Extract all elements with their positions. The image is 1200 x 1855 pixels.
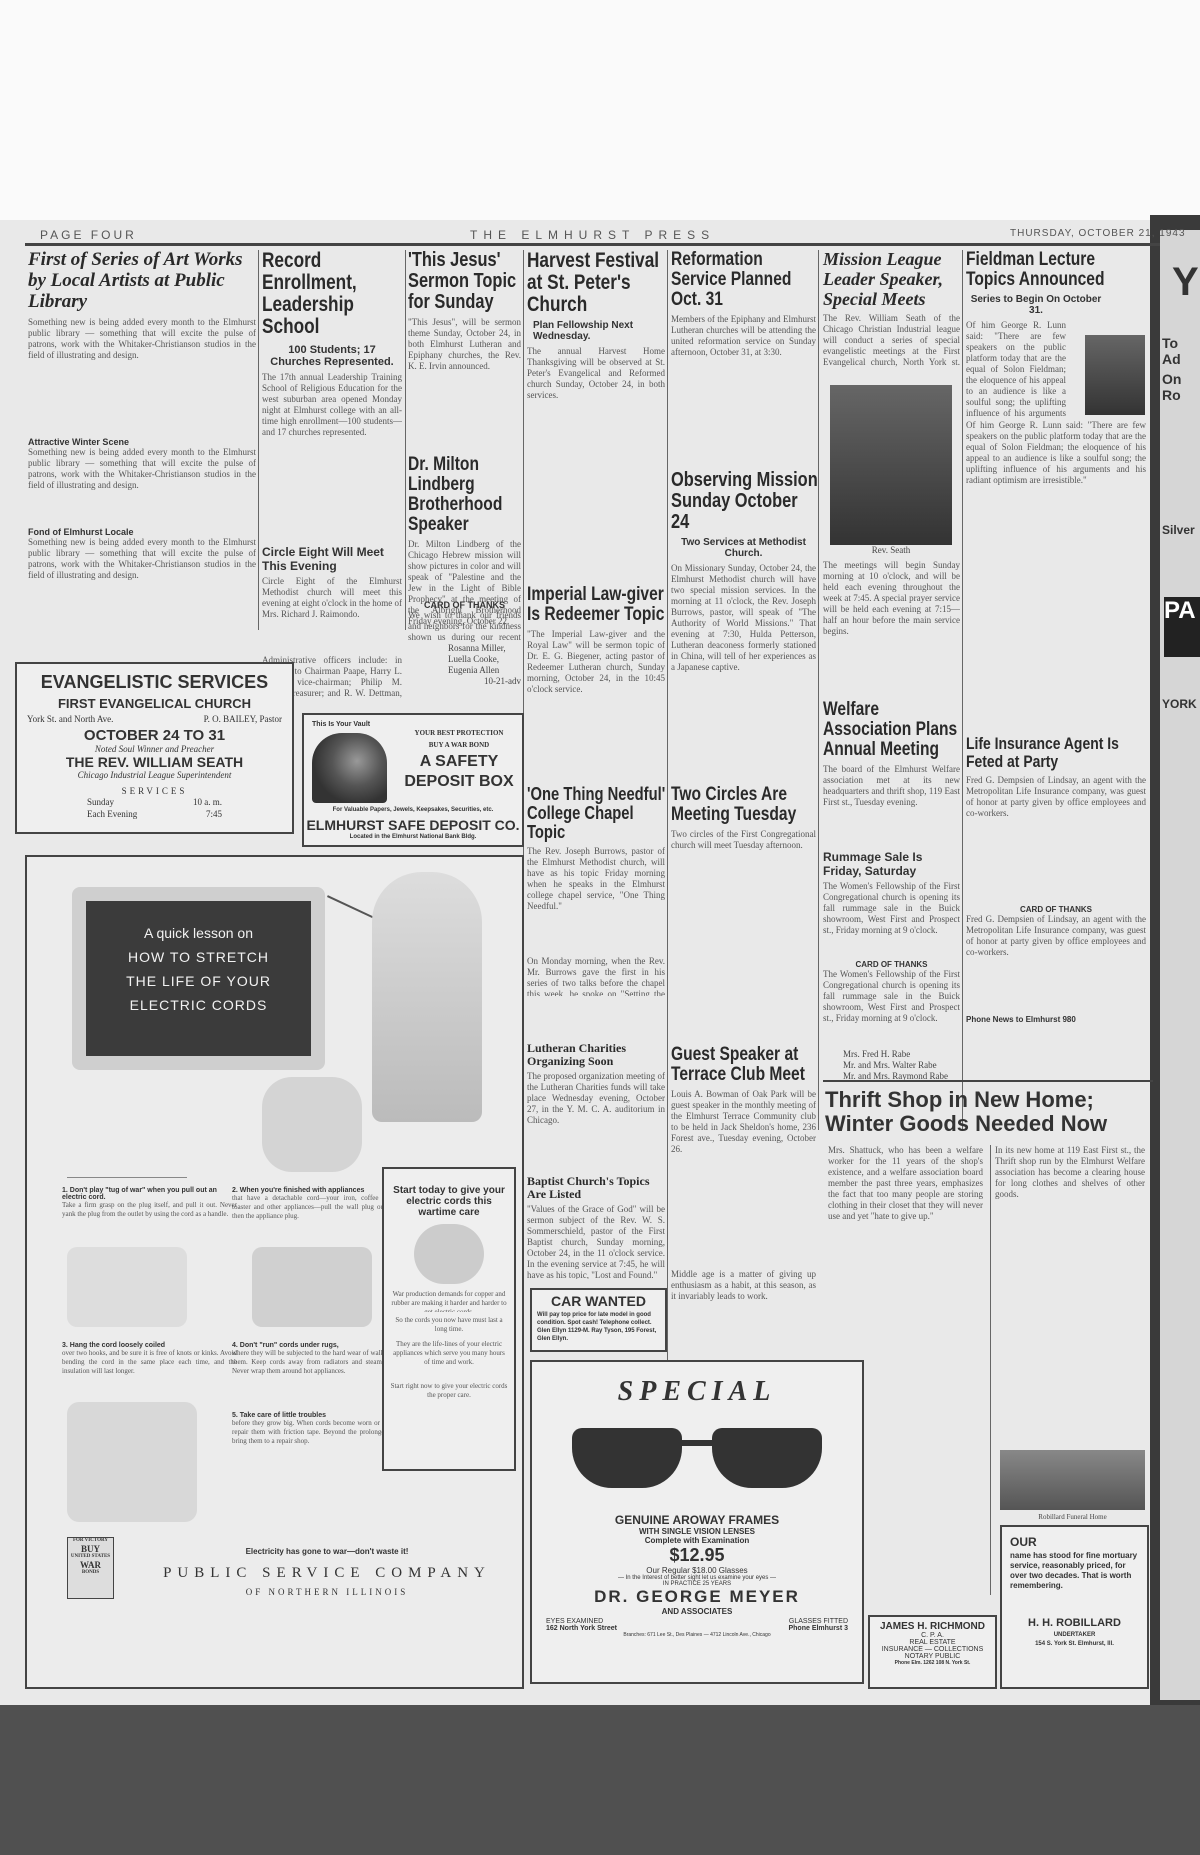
ad-richmond: JAMES H. RICHMOND C. P. A. REAL ESTATE I… — [868, 1615, 997, 1689]
headline: Life Insurance Agent Is Feted at Party — [966, 735, 1146, 771]
tip-title: 2. When you're finished with appliances — [232, 1187, 402, 1194]
article-rummage: Rummage Sale Is Friday, Saturday The Wom… — [823, 850, 960, 961]
regular-price: Our Regular $18.00 Glasses — [532, 1566, 862, 1575]
headline: Harvest Festival at St. Peter's Church — [527, 250, 666, 316]
article-body: The Rev. Joseph Burrows, pastor of the E… — [527, 846, 665, 956]
company-name: ELMHURST SAFE DEPOSIT CO. — [304, 817, 522, 833]
ad-text: name has stood for fine mortuary service… — [1010, 1551, 1139, 1591]
ad-address: 154 S. York St. Elmhurst, Ill. — [1002, 1641, 1147, 1647]
headline: Record Enrollment, Leadership School — [262, 250, 401, 338]
issue-date: THURSDAY, OCTOBER 21, 1943 — [1010, 228, 1186, 244]
headline: Mission League Leader Speaker, Special M… — [823, 250, 960, 309]
column-divider — [258, 250, 259, 630]
ad-line: GENUINE AROWAY FRAMES — [532, 1513, 862, 1527]
ad-title: C. P. A. — [870, 1632, 995, 1639]
column-divider — [990, 1145, 991, 1595]
ad-headline: DEPOSIT BOX — [399, 773, 519, 791]
ad-line: YOUR BEST PROTECTION — [399, 729, 519, 737]
article-body: The annual Harvest Home Thanksgiving wil… — [527, 346, 665, 546]
article-body: On Monday morning, when the Rev. Mr. Bur… — [527, 956, 665, 996]
column-divider — [818, 250, 819, 1130]
ad-optical-special: SPECIAL GENUINE AROWAY FRAMES WITH SINGL… — [530, 1360, 864, 1684]
headline: 'One Thing Needful' College Chapel Topic — [527, 785, 666, 842]
phone-news-line: Phone News to Elmhurst 980 — [966, 1015, 1146, 1024]
tip4-illustration — [252, 1247, 372, 1327]
associates: AND ASSOCIATES — [532, 1607, 862, 1616]
schedule-time: 10 a. m. — [193, 797, 222, 807]
card-text: Fred G. Dempsien of Lindsay, an agent wi… — [966, 914, 1146, 1009]
chalkboard: A quick lesson on HOW TO STRETCH THE LIF… — [72, 887, 325, 1070]
schedule-time: 7:45 — [206, 809, 222, 819]
ad-electric-cords: A quick lesson on HOW TO STRETCH THE LIF… — [25, 855, 524, 1689]
ad-line: Complete with Examination — [532, 1536, 862, 1545]
tip-title: 1. Don't play "tug of war" when you pull… — [62, 1187, 237, 1201]
speaker-title: Chicago Industrial League Superintendent — [17, 770, 292, 780]
article-body: The Rev. William Seath of the Chicago Ch… — [823, 313, 960, 368]
card-of-thanks: CARD OF THANKS We wish to thank our frie… — [408, 600, 521, 687]
card-title: CARD OF THANKS — [966, 905, 1146, 914]
article-body: Louis A. Bowman of Oak Park will be gues… — [671, 1089, 816, 1269]
article-body: The proposed organization meeting of the… — [527, 1071, 665, 1176]
ad-name: H. H. ROBILLARD — [1002, 1617, 1147, 1629]
headline: Thrift Shop in New Home; Winter Goods Ne… — [825, 1088, 1150, 1136]
subhead: Attractive Winter Scene — [28, 437, 256, 447]
lightbulb-illustration — [414, 1224, 484, 1284]
scan-top-margin — [0, 0, 1200, 220]
signer: Rosanna Miller, — [408, 643, 521, 654]
adjacent-page-fragment: To Ad — [1162, 335, 1200, 367]
article-harvest-festival: Harvest Festival at St. Peter's Church P… — [527, 250, 665, 546]
article-body: The Women's Fellowship of the First Cong… — [823, 881, 960, 961]
article-body: "This Jesus", will be sermon theme Sunda… — [408, 317, 521, 452]
ad-line: INSURANCE — COLLECTIONS — [870, 1646, 995, 1653]
ad-line: BUY A WAR BOND — [399, 741, 519, 749]
article-art-works: First of Series of Art Works by Local Ar… — [28, 250, 256, 597]
ad-role: UNDERTAKER — [1002, 1632, 1147, 1638]
article-life-insurance: Life Insurance Agent Is Feted at Party F… — [966, 735, 1146, 1024]
article-body: The 17th annual Leadership Training Scho… — [262, 372, 402, 552]
article-baptist: Baptist Church's Topics Are Listed "Valu… — [527, 1175, 665, 1279]
photo-robillard-home — [1000, 1450, 1145, 1510]
ad-ref: 10-21-adv — [408, 676, 521, 687]
teacher-illustration — [372, 872, 482, 1122]
headline: Dr. Milton Lindberg Brotherhood Speaker — [408, 455, 523, 535]
article-one-thing-needful: 'One Thing Needful' College Chapel Topic… — [527, 785, 665, 996]
ad-car-wanted: CAR WANTED Will pay top price for late m… — [530, 1288, 667, 1352]
signer: Mrs. Fred H. Rabe — [823, 1049, 960, 1060]
doctor-name: DR. GEORGE MEYER — [532, 1587, 862, 1607]
article-body: Something new is being added every month… — [28, 447, 256, 527]
ad-safe-deposit: This Is Your Vault YOUR BEST PROTECTION … — [302, 713, 524, 847]
article-body: The board of the Elmhurst Welfare associ… — [823, 764, 960, 864]
photo-solon-fieldman — [1085, 335, 1145, 415]
masthead-rule — [25, 243, 1160, 246]
card-text: The Women's Fellowship of the First Cong… — [823, 969, 960, 1049]
scan-bottom-margin — [0, 1705, 1200, 1855]
tip2-illustration — [262, 1077, 362, 1172]
signer: Mr. and Mrs. Walter Rabe — [823, 1060, 960, 1071]
signer: Eugenia Allen — [408, 665, 521, 676]
article-observing-mission: Observing Mission Sunday October 24 Two … — [671, 470, 816, 798]
sidebar-text: Start right now to give your electric co… — [390, 1382, 508, 1404]
headline: Lutheran Charities Organizing Soon — [527, 1042, 665, 1068]
article-body: Something new is being added every month… — [28, 537, 256, 597]
article-body: "Values of the Grace of God" will be ser… — [527, 1204, 665, 1279]
sidebar-box: Start today to give your electric cords … — [382, 1167, 516, 1471]
pastor: P. O. BAILEY, Pastor — [204, 714, 282, 724]
chalk-line: A quick lesson on — [86, 925, 311, 941]
article-body: Fred G. Dempsien of Lindsay, an agent wi… — [966, 775, 1146, 905]
tip-title: 4. Don't "run" cords under rugs, — [232, 1342, 402, 1349]
card-title: CARD OF THANKS — [408, 600, 521, 610]
tip-text: where they will be subjected to the hard… — [232, 1349, 402, 1389]
sidebar-text: War production demands for copper and ru… — [390, 1290, 508, 1312]
ad-title: SPECIAL — [532, 1376, 862, 1408]
church-address: York St. and North Ave. — [27, 714, 113, 724]
article-body: The meetings will begin Sunday morning a… — [823, 560, 960, 680]
chalk-line: THE LIFE OF YOUR — [86, 973, 311, 989]
headline: Two Circles Are Meeting Tuesday — [671, 785, 819, 825]
article-record-enrollment: Record Enrollment, Leadership School 100… — [262, 250, 402, 552]
ad-heading: OUR — [1010, 1535, 1147, 1549]
article-this-jesus: 'This Jesus' Sermon Topic for Sunday "Th… — [408, 250, 521, 452]
church-name: FIRST EVANGELICAL CHURCH — [17, 696, 292, 711]
article-body: Middle age is a matter of giving up enth… — [671, 1269, 816, 1314]
sidebar-text: So the cords you now have must last a lo… — [390, 1316, 508, 1336]
vault-icon — [312, 733, 387, 803]
signer: Luella Cooke, — [408, 654, 521, 665]
subhead: 100 Students; 17 Churches Represented. — [262, 344, 402, 368]
adjacent-page-edge: Y To Ad On Ro Silver PA YORK — [1160, 230, 1200, 1700]
phone: Phone Elmhurst 3 — [788, 1625, 848, 1632]
company-sub: OF NORTHERN ILLINOIS — [177, 1587, 477, 1597]
tip-title: 3. Hang the cord loosely coiled — [62, 1342, 237, 1349]
article-body: Of him George R. Lunn said: "There are f… — [966, 420, 1146, 720]
headline: First of Series of Art Works by Local Ar… — [28, 250, 256, 313]
article-guest-speaker: Guest Speaker at Terrace Club Meet Louis… — [671, 1045, 816, 1314]
article-body: Of him George R. Lunn said: "There are f… — [966, 320, 1066, 420]
branches: Branches: 671 Lee St., Des Plaines — 471… — [532, 1632, 862, 1638]
article-body: Mrs. Shattuck, who has been a welfare wo… — [828, 1145, 983, 1595]
ad-phone: Phone Elm. 1262 108 N. York St. — [870, 1660, 995, 1666]
speaker: THE REV. WILLIAM SEATH — [17, 754, 292, 770]
headline: Reformation Service Planned Oct. 31 — [671, 250, 819, 310]
subhead: Two Services at Methodist Church. — [671, 537, 816, 559]
card-of-thanks-2: CARD OF THANKS The Women's Fellowship of… — [823, 960, 960, 1082]
ad-title: EVANGELISTIC SERVICES — [17, 672, 292, 693]
headline: Observing Mission Sunday October 24 — [671, 470, 819, 533]
article-welfare: Welfare Association Plans Annual Meeting… — [823, 700, 960, 864]
tip3-illustration — [67, 1247, 187, 1327]
company-name: PUBLIC SERVICE COMPANY — [147, 1565, 507, 1582]
tip5-illustration — [67, 1402, 197, 1522]
ad-slogan: Electricity has gone to war—don't waste … — [177, 1547, 477, 1556]
tagline: Noted Soul Winner and Preacher — [17, 744, 292, 754]
ad-name: JAMES H. RICHMOND — [870, 1621, 995, 1632]
sidebar-text: They are the life-lines of your electric… — [390, 1340, 508, 1378]
schedule-label: Each Evening — [87, 809, 137, 819]
article-body: In its new home at 119 East First st., t… — [995, 1145, 1145, 1345]
price: $12.95 — [532, 1545, 862, 1566]
headline: Circle Eight Will Meet This Evening — [262, 545, 402, 573]
article-reformation: Reformation Service Planned Oct. 31 Memb… — [671, 250, 816, 479]
card-title: CARD OF THANKS — [823, 960, 960, 969]
eyeglasses-icon — [532, 1408, 862, 1513]
article-body: "The Imperial Law-giver and the Royal La… — [527, 629, 665, 779]
article-body: Something new is being added every month… — [28, 317, 256, 437]
article-body: On Missionary Sunday, October 24, the El… — [671, 563, 816, 798]
ad-line: WITH SINGLE VISION LENSES — [532, 1527, 862, 1536]
sidebar-title: Start today to give your electric cords … — [390, 1185, 508, 1218]
chalk-line: HOW TO STRETCH — [86, 949, 311, 965]
eyes-examined: EYES EXAMINED — [546, 1618, 603, 1625]
card-text: We wish to thank our friends and neighbo… — [408, 610, 521, 643]
subhead: Plan Fellowship Next Wednesday. — [527, 320, 665, 342]
tip-text: before they grow big. When cords become … — [232, 1419, 402, 1459]
tip-title: 5. Take care of little troubles — [232, 1412, 402, 1419]
column-divider — [962, 250, 963, 1130]
section-rule — [823, 1080, 1153, 1082]
ad-evangelistic-services: EVANGELISTIC SERVICES FIRST EVANGELICAL … — [15, 662, 294, 834]
headline: Imperial Law-giver Is Redeemer Topic — [527, 585, 666, 625]
glasses-fitted: GLASSES FITTED — [789, 1618, 848, 1625]
subhead: Series to Begin On October 31. — [966, 294, 1106, 316]
article-lutheran-charities: Lutheran Charities Organizing Soon The p… — [527, 1042, 665, 1176]
article-body: Circle Eight of the Elmhurst Methodist c… — [262, 576, 402, 631]
article-circle-eight: Circle Eight Will Meet This Evening Circ… — [262, 545, 402, 631]
vault-caption: This Is Your Vault — [312, 721, 370, 728]
article-thrift-shop: Thrift Shop in New Home; Winter Goods Ne… — [825, 1088, 1150, 1136]
article-body: Members of the Epiphany and Elmhurst Lut… — [671, 314, 816, 479]
column-divider — [667, 250, 668, 1520]
tip-text: Take a firm grasp on the plug itself, an… — [62, 1201, 237, 1231]
article-mission-league: Mission League Leader Speaker, Special M… — [823, 250, 960, 368]
ad-line: REAL ESTATE — [870, 1639, 995, 1646]
photo-caption: Robillard Funeral Home — [1000, 1512, 1145, 1523]
adjacent-page-fragment: YORK — [1162, 697, 1200, 711]
headline: 'This Jesus' Sermon Topic for Sunday — [408, 250, 523, 313]
adjacent-page-fragment: PA — [1164, 597, 1200, 657]
column-divider — [405, 250, 406, 630]
schedule-label: Sunday — [87, 797, 114, 807]
tip-text: over two hooks, and be sure it is free o… — [62, 1349, 237, 1389]
headline: Rummage Sale Is Friday, Saturday — [823, 850, 960, 878]
headline: Fieldman Lecture Topics Announced — [966, 250, 1110, 290]
paper-name: THE ELMHURST PRESS — [470, 228, 715, 244]
adjacent-page-fragment: Y — [1172, 260, 1200, 305]
adjacent-page-fragment: On Ro — [1162, 371, 1200, 403]
adjacent-page-fragment: Silver — [1162, 523, 1200, 537]
ad-text: Will pay top price for late model in goo… — [532, 1309, 665, 1345]
ad-uses: For Valuable Papers, Jewels, Keepsakes, … — [304, 807, 522, 813]
photo-rev-seath — [830, 385, 952, 545]
article-imperial: Imperial Law-giver Is Redeemer Topic "Th… — [527, 585, 665, 779]
ad-title: CAR WANTED — [532, 1293, 665, 1309]
photo-caption: Rev. Seath — [830, 545, 952, 556]
ad-robillard: OUR name has stood for fine mortuary ser… — [1000, 1525, 1149, 1689]
chalk-line: ELECTRIC CORDS — [86, 997, 311, 1013]
ad-line: NOTARY PUBLIC — [870, 1653, 995, 1660]
war-bonds-badge: FOR VICTORY BUY UNITED STATES WAR BONDS — [67, 1537, 114, 1599]
services-label: SERVICES — [17, 786, 292, 796]
headline: Guest Speaker at Terrace Club Meet — [671, 1045, 819, 1085]
headline: Baptist Church's Topics Are Listed — [527, 1175, 665, 1201]
headline: Welfare Association Plans Annual Meeting — [823, 700, 962, 760]
article-body: Two circles of the First Congregational … — [671, 829, 816, 994]
ad-headline: A SAFETY — [399, 753, 519, 771]
service-dates: OCTOBER 24 TO 31 — [17, 727, 292, 744]
page-label: PAGE FOUR — [40, 228, 137, 244]
company-location: Located in the Elmhurst National Bank Bl… — [304, 834, 522, 840]
article-two-circles: Two Circles Are Meeting Tuesday Two circ… — [671, 785, 816, 994]
address: 162 North York Street — [546, 1625, 617, 1632]
tip1-illustration — [67, 1087, 187, 1178]
tip-text: that have a detachable cord—your iron, c… — [232, 1194, 402, 1224]
subhead: Fond of Elmhurst Locale — [28, 527, 256, 537]
